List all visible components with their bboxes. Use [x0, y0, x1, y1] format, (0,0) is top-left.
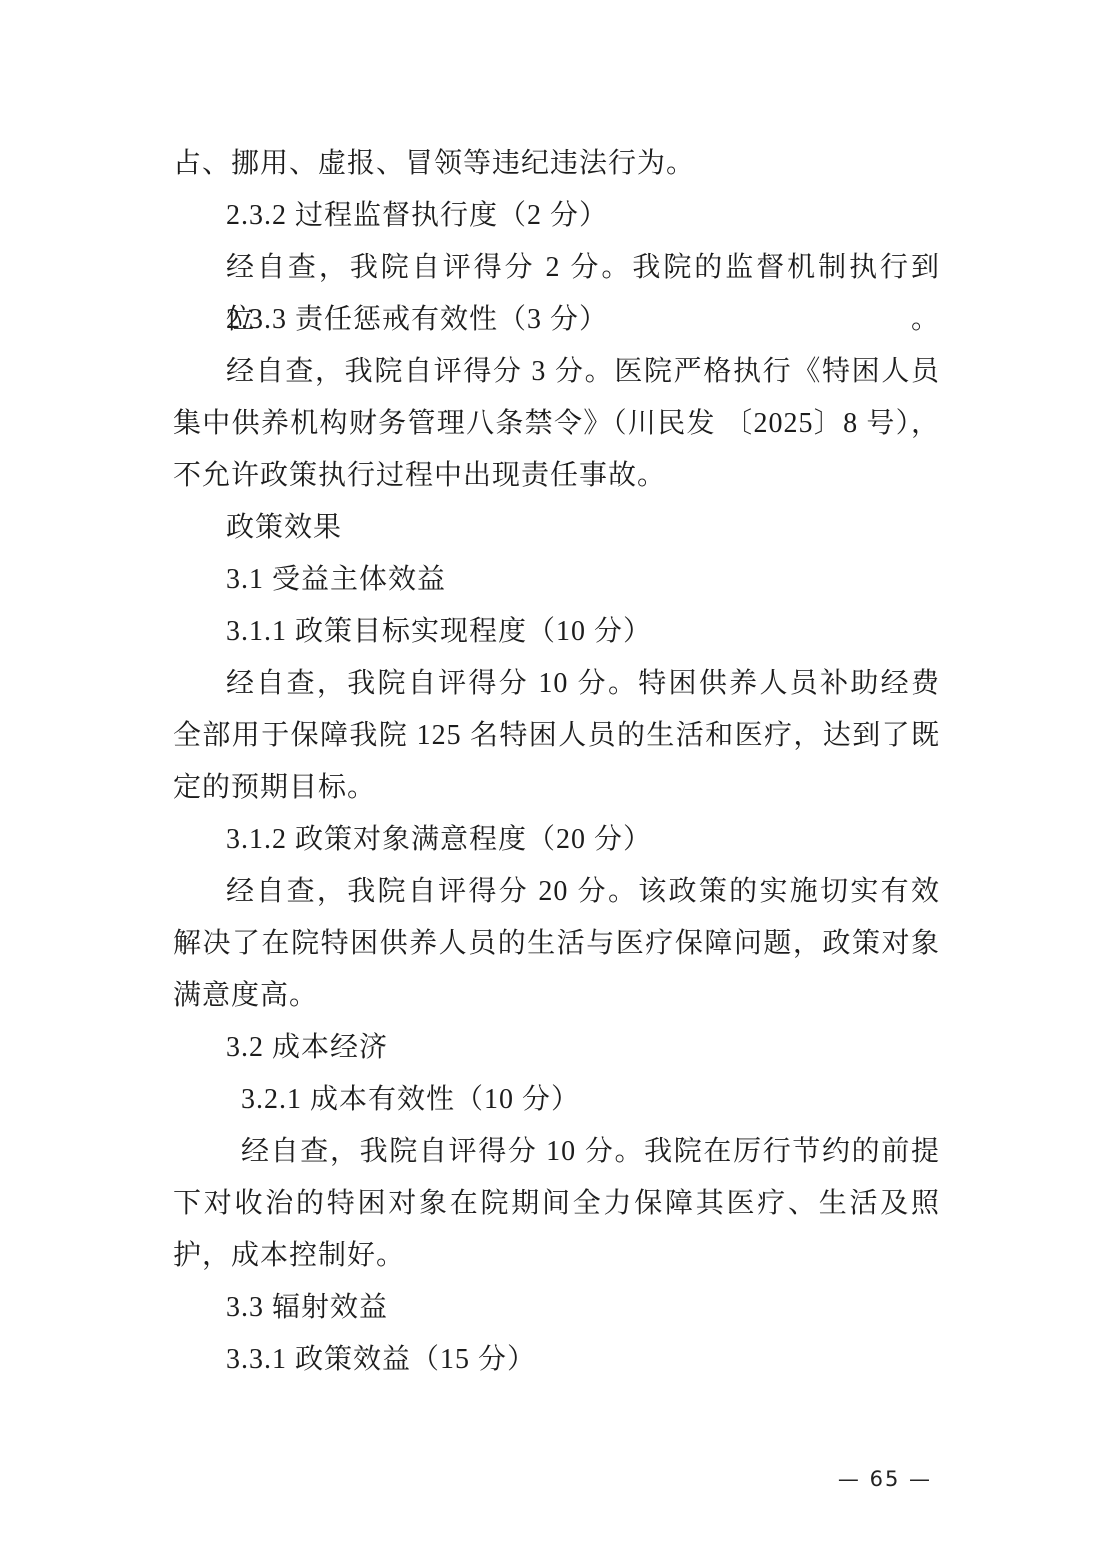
text-line: 解决了在院特困供养人员的生活与医疗保障问题，政策对象: [173, 918, 940, 970]
page-number: — 65 —: [838, 1467, 932, 1491]
section-heading: 3.1.1 政策目标实现程度（10 分）: [173, 606, 940, 658]
section-heading: 3.3 辐射效益: [173, 1282, 940, 1334]
document-body: 占、挪用、虚报、冒领等违纪违法行为。 2.3.2 过程监督执行度（2 分） 经自…: [173, 138, 940, 1386]
section-heading: 3.1 受益主体效益: [173, 554, 940, 606]
text-line: 占、挪用、虚报、冒领等违纪违法行为。: [173, 138, 940, 190]
text-line: 集中供养机构财务管理八条禁令》（川民发 〔2025〕8 号），: [173, 398, 940, 450]
section-heading: 3.3.1 政策效益（15 分）: [173, 1334, 940, 1386]
text-line: 护，成本控制好。: [173, 1230, 940, 1282]
section-heading: 政策效果: [173, 502, 940, 554]
text-line: 满意度高。: [173, 970, 940, 1022]
text-line: 全部用于保障我院 125 名特困人员的生活和医疗，达到了既: [173, 710, 940, 762]
text-line: 经自查，我院自评得分 10 分。特困供养人员补助经费: [173, 658, 940, 710]
section-heading: 3.1.2 政策对象满意程度（20 分）: [173, 814, 940, 866]
text-line: 不允许政策执行过程中出现责任事故。: [173, 450, 940, 502]
section-heading: 3.2.1 成本有效性（10 分）: [173, 1074, 940, 1126]
document-page: 占、挪用、虚报、冒领等违纪违法行为。 2.3.2 过程监督执行度（2 分） 经自…: [0, 0, 1100, 1555]
section-heading: 3.2 成本经济: [173, 1022, 940, 1074]
text-line: 经自查，我院自评得分 3 分。医院严格执行《特困人员: [173, 346, 940, 398]
text-line: 定的预期目标。: [173, 762, 940, 814]
text-line: 下对收治的特困对象在院期间全力保障其医疗、生活及照: [173, 1178, 940, 1230]
text-line: 经自查，我院自评得分 20 分。该政策的实施切实有效: [173, 866, 940, 918]
text-line: 经自查，我院自评得分 10 分。我院在厉行节约的前提: [173, 1126, 940, 1178]
section-heading: 2.3.2 过程监督执行度（2 分）: [173, 190, 940, 242]
text-line: 经自查，我院自评得分 2 分。我院的监督机制执行到位。: [173, 242, 940, 294]
